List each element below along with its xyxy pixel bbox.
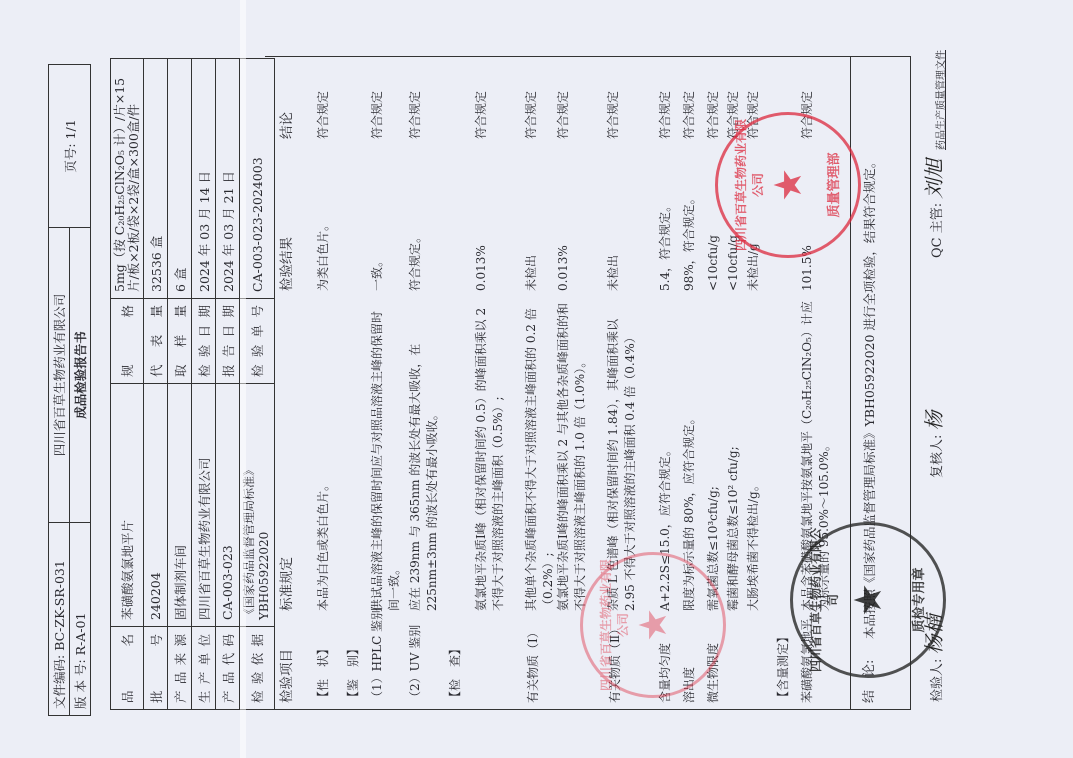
test-result: 符合规定。 — [407, 171, 424, 291]
test-item: 有关物质（Ⅰ） — [525, 626, 542, 703]
red-faint-stamp: 四川省百草生物药业有限公司 ★ — [580, 552, 726, 698]
test-standard: 氨氯地平杂质Ⅰ峰（相对保留时间约 0.5）的峰面积乘以 2 不得大于对照溶液的主… — [473, 301, 507, 611]
header-table: 文件编码: BC-ZK-SR-031 四川省百草生物药业有限公司 页号: 1/1… — [48, 64, 91, 716]
test-item: 【性 状】 — [315, 643, 332, 703]
test-conclusion: 符合规定 — [705, 59, 722, 139]
test-standard: 氨氯地平杂质Ⅰ峰的峰面积乘以 2 与其他各杂质峰面积的和不得大于对照溶液主峰面积… — [555, 301, 589, 611]
test-date-label: 检验日期 — [192, 299, 216, 384]
star-icon: ★ — [769, 168, 807, 202]
qc-label: QC 主管: — [930, 203, 945, 258]
test-item: 【含量测定】 — [775, 631, 792, 703]
manufacturer: 四川省百草生物药业有限公司 — [192, 384, 216, 627]
inspection-report-page: 文件编码: BC-ZK-SR-031 四川省百草生物药业有限公司 页号: 1/1… — [0, 0, 1073, 758]
batch-label: 批号 — [144, 627, 168, 710]
black-inspection-stamp: 四川省百草生物药业有限公司 ★ 质检专用章 — [790, 522, 946, 678]
star-icon: ★ — [849, 583, 887, 617]
red-quality-stamp: 四川省百草生物药业有限公司 ★ 质量管理部 — [715, 112, 861, 258]
test-standard: 其他单个杂质峰面积不得大于对照溶液主峰面积的 0.2 倍（0.2%）; — [523, 301, 557, 611]
test-conclusion: 符合规定 — [657, 59, 674, 139]
test-item: 【鉴 别】 — [345, 643, 362, 703]
test-conclusion: 符合规定 — [605, 59, 622, 139]
page-number-cell: 页号: 1/1 — [49, 65, 91, 228]
manufacturer-label: 生产单位 — [192, 627, 216, 710]
company-name: 四川省百草生物药业有限公司 — [49, 228, 70, 523]
test-date: 2024 年 03 月 14 日 — [192, 59, 216, 299]
page-number: 1/1 — [63, 119, 78, 139]
doc-code: BC-ZK-SR-031 — [52, 560, 67, 651]
batch-number: 240204 — [144, 384, 168, 627]
version: R-A-01 — [73, 613, 88, 656]
sample-qty: 6 盒 — [168, 59, 192, 299]
version-cell: 版 本 号: R-A-01 — [70, 523, 91, 716]
reviewer-handwritten-signature: 杨 — [922, 410, 946, 430]
test-standard: 供试品溶液主峰的保留时间应与对照品溶液主峰的保留时间一致。 — [369, 301, 403, 611]
product-name: 苯磺酸氨氯地平片 — [111, 384, 144, 627]
reviewer-label: 复核人: — [930, 435, 945, 478]
source: 固体制剂车间 — [168, 384, 192, 627]
product-code: CA-003-023 — [216, 384, 240, 627]
rep-qty: 32536 盒 — [144, 59, 168, 299]
test-result: 为类白色片。 — [315, 171, 332, 291]
red-stamp-bottom-text: 质量管理部 — [823, 115, 842, 255]
product-info-table: 品名 苯磺酸氨氯地平片 规格 5mg（按 C₂₀H₂₅ClN₂O₅ 计）/片×1… — [110, 58, 275, 710]
black-stamp-arc-text: 四川省百草生物药业有限公司 — [807, 525, 841, 675]
col-header-conclusion: 结论 — [279, 59, 296, 139]
test-standard: 需氧菌总数≤10³cfu/g; — [705, 301, 722, 611]
doc-code-cell: 文件编码: BC-ZK-SR-031 — [49, 523, 70, 716]
test-item: （1）HPLC 鉴别 — [369, 608, 386, 703]
test-conclusion: 符合规定 — [473, 59, 490, 139]
report-title: 成品检验报告书 — [70, 228, 91, 523]
reviewer-signature: 复核人: 杨 — [918, 410, 947, 478]
product-code-label: 产品代码 — [216, 627, 240, 710]
test-conclusion: 符合规定 — [523, 59, 540, 139]
star-icon: ★ — [634, 608, 672, 642]
footer-note: 药品生产质量管理文件 — [932, 50, 947, 150]
test-standard: 霉菌和酵母菌总数≤10² cfu/g; — [725, 301, 742, 611]
red-stamp-arc-text: 四川省百草生物药业有限公司 — [732, 115, 766, 255]
version-label: 版 本 号: — [73, 659, 88, 709]
report-date: 2024 年 03 月 21 日 — [216, 59, 240, 299]
red-faint-stamp-arc-text: 四川省百草生物药业有限公司 — [597, 555, 631, 695]
test-standard: 大肠埃希菌不得检出/g。 — [745, 301, 762, 611]
page-label: 页号: — [63, 143, 78, 172]
test-result: 未检出 — [605, 171, 622, 291]
qc-handwritten-signature: 刘旭 — [922, 159, 946, 199]
report-date-label: 报告日期 — [216, 299, 240, 384]
paper-fold-line — [240, 0, 246, 758]
col-header-item: 检验项目 — [279, 649, 296, 703]
inspector-label: 检验人: — [930, 659, 945, 702]
col-header-standard: 标准规定 — [279, 301, 296, 611]
test-item: 【检 查】 — [447, 643, 464, 703]
test-standard: 应在 239nm 与 365nm 的波长处有最大吸收，在 225nm±3nm 的… — [407, 301, 441, 611]
test-result: 0.013% — [473, 171, 490, 291]
test-item: （2）UV 鉴别 — [407, 625, 424, 703]
sample-qty-label: 取样量 — [168, 299, 192, 384]
test-result: 未检出 — [523, 171, 540, 291]
col-header-result: 检验结果 — [279, 171, 296, 291]
source-label: 产品来源 — [168, 627, 192, 710]
test-conclusion: 符合规定 — [555, 59, 572, 139]
test-result: 5.4，符合规定。 — [657, 171, 674, 291]
black-stamp-bottom-text: 质检专用章 — [908, 525, 927, 675]
test-conclusion: 符合规定 — [407, 59, 424, 139]
product-name-label: 品名 — [111, 627, 144, 710]
spec-value: 5mg（按 C₂₀H₂₅ClN₂O₅ 计）/片×15片/板×2板/袋×2袋/盒×… — [111, 59, 144, 299]
test-result: 98%，符合规定。 — [681, 171, 698, 291]
doc-code-label: 文件编码: — [52, 655, 67, 709]
test-conclusion: 符合规定 — [681, 59, 698, 139]
spec-label: 规格 — [111, 299, 144, 384]
test-result: 一致。 — [369, 171, 386, 291]
test-conclusion: 符合规定 — [369, 59, 386, 139]
test-standard: 本品为白色或类白色片。 — [315, 301, 332, 611]
test-conclusion: 符合规定 — [315, 59, 332, 139]
test-result: 0.013% — [555, 171, 572, 291]
rep-qty-label: 代表量 — [144, 299, 168, 384]
qc-signature: QC 主管: 刘旭 — [918, 159, 947, 258]
